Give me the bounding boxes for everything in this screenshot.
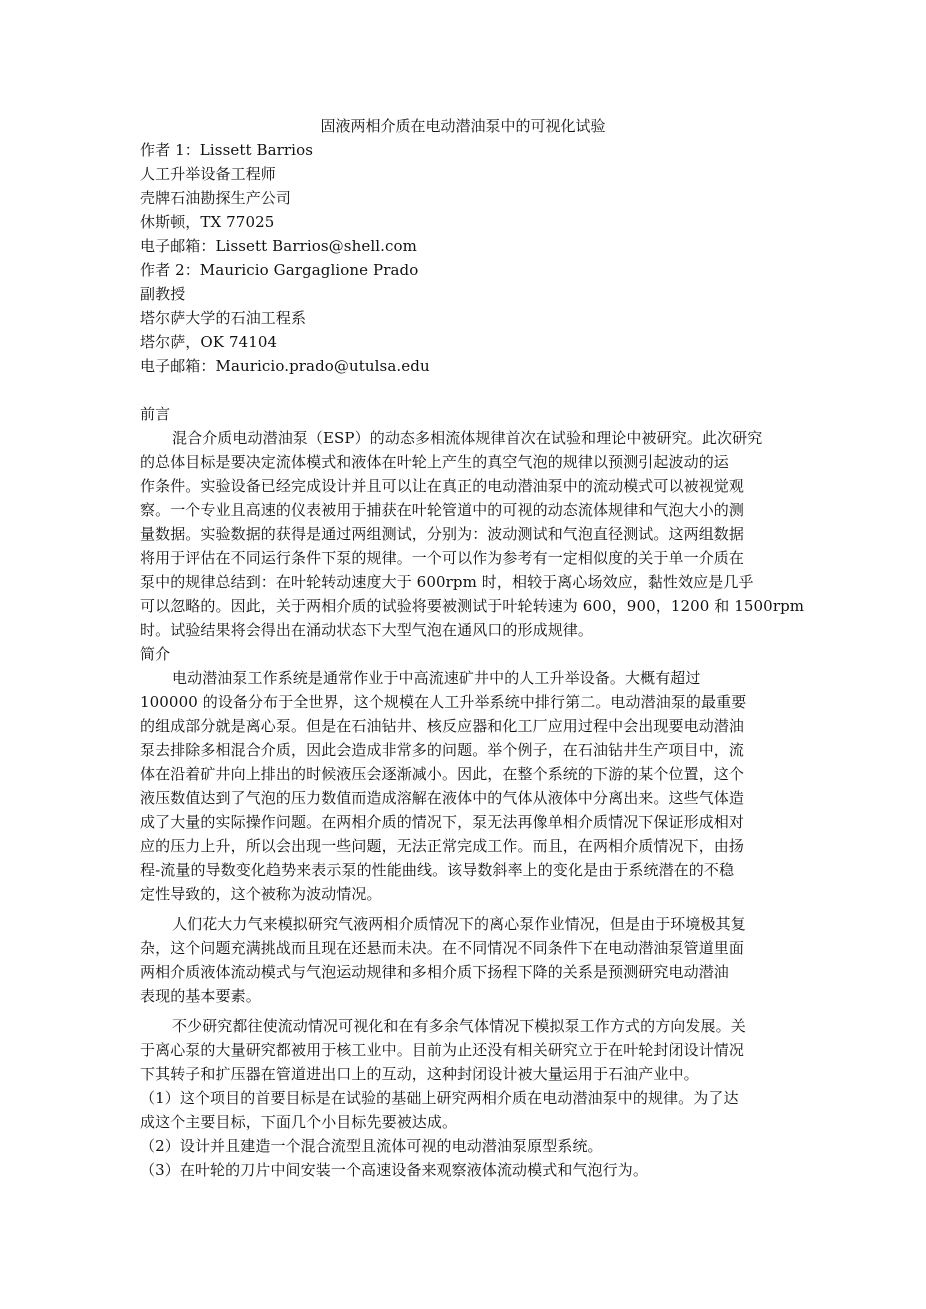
intro-p3-line: 下其转子和扩压器在管道进出口上的互动，这种封闭设计被大量运用于石油产业中。 — [140, 1062, 699, 1086]
author-1-organization: 壳牌石油勘探生产公司 — [140, 186, 291, 210]
introduction-heading: 简介 — [140, 642, 170, 666]
preface-line: 可以忽略的。因此，关于两相介质的试验将要被测试于叶轮转速为 600，900，12… — [140, 594, 804, 618]
author-1-label: 作者 1：Lissett Barrios — [140, 138, 313, 162]
intro-p2-line: 表现的基本要素。 — [140, 984, 261, 1008]
author-2-email: 电子邮箱：Mauricio.prado@utulsa.edu — [140, 354, 430, 378]
author-1-role: 人工升举设备工程师 — [140, 162, 276, 186]
author-1-email: 电子邮箱：Lissett Barrios@shell.com — [140, 234, 417, 258]
preface-heading: 前言 — [140, 402, 170, 426]
objective-item: （1）这个项目的首要目标是在试验的基础上研究两相介质在电动潜油泵中的规律。为了达 — [140, 1086, 739, 1110]
author-2-location: 塔尔萨，OK 74104 — [140, 330, 277, 354]
intro-p2-line: 人们花大力气来模拟研究气液两相介质情况下的离心泵作业情况，但是由于环境极其复 — [172, 912, 746, 936]
intro-p1-line: 体在沿着矿井向上排出的时候液压会逐渐减小。因此，在整个系统的下游的某个位置，这个 — [140, 762, 744, 786]
objective-item-continued: 成这个主要目标，下面几个小目标先要被达成。 — [140, 1110, 457, 1134]
author-2-organization: 塔尔萨大学的石油工程系 — [140, 306, 306, 330]
intro-p1-line: 成了大量的实际操作问题。在两相介质的情况下，泵无法再像单相介质情况下保证形成相对 — [140, 810, 744, 834]
preface-line: 泵中的规律总结到：在叶轮转动速度大于 600rpm 时，相较于离心场效应，黏性效… — [140, 570, 754, 594]
intro-p2-line: 杂，这个问题充满挑战而且现在还悬而未决。在不同情况不同条件下在电动潜油泵管道里面 — [140, 936, 744, 960]
preface-line: 的总体目标是要决定流体模式和液体在叶轮上产生的真空气泡的规律以预测引起波动的运 — [140, 450, 729, 474]
document-title: 固液两相介质在电动潜油泵中的可视化试验 — [0, 114, 926, 138]
preface-line: 察。一个专业且高速的仪表被用于捕获在叶轮管道中的可视的动态流体规律和气泡大小的测 — [140, 498, 744, 522]
intro-p1-line: 程-流量的导数变化趋势来表示泵的性能曲线。该导数斜率上的变化是由于系统潜在的不稳 — [140, 858, 734, 882]
intro-p2-line: 两相介质液体流动模式与气泡运动规律和多相介质下扬程下降的关系是预测研究电动潜油 — [140, 960, 729, 984]
preface-line: 量数据。实验数据的获得是通过两组测试，分别为：波动测试和气泡直径测试。这两组数据 — [140, 522, 744, 546]
intro-p1-line: 100000 的设备分布于全世界，这个规模在人工升举系统中排行第二。电动潜油泵的… — [140, 690, 746, 714]
preface-line: 混合介质电动潜油泵（ESP）的动态多相流体规律首次在试验和理论中被研究。此次研究 — [172, 426, 762, 450]
preface-line: 将用于评估在不同运行条件下泵的规律。一个可以作为参考有一定相似度的关于单一介质在 — [140, 546, 744, 570]
author-1-location: 休斯顿，TX 77025 — [140, 210, 274, 234]
intro-p1-line: 泵去排除多相混合介质，因此会造成非常多的问题。举个例子，在石油钻井生产项目中，流 — [140, 738, 744, 762]
document-page: 固液两相介质在电动潜油泵中的可视化试验 作者 1：Lissett Barrios… — [0, 0, 926, 1309]
intro-p1-line: 液压数值达到了气泡的压力数值而造成溶解在液体中的气体从液体中分离出来。这些气体造 — [140, 786, 744, 810]
intro-p3-line: 于离心泵的大量研究都被用于核工业中。目前为止还没有相关研究立于在叶轮封闭设计情况 — [140, 1038, 744, 1062]
intro-p1-line: 电动潜油泵工作系统是通常作业于中高流速矿井中的人工升举设备。大概有超过 — [172, 666, 701, 690]
author-2-role: 副教授 — [140, 282, 185, 306]
intro-p1-line: 的组成部分就是离心泵。但是在石油钻井、核反应器和化工厂应用过程中会出现要电动潜油 — [140, 714, 744, 738]
preface-line: 时。试验结果将会得出在涌动状态下大型气泡在通风口的形成规律。 — [140, 618, 593, 642]
author-2-label: 作者 2：Mauricio Gargaglione Prado — [140, 258, 418, 282]
preface-line: 作条件。实验设备已经完成设计并且可以让在真正的电动潜油泵中的流动模式可以被视觉观 — [140, 474, 744, 498]
intro-p1-line: 应的压力上升，所以会出现一些问题，无法正常完成工作。而且，在两相介质情况下，由扬 — [140, 834, 744, 858]
objective-item: （2）设计并且建造一个混合流型且流体可视的电动潜油泵原型系统。 — [140, 1134, 603, 1158]
intro-p1-line: 定性导致的，这个被称为波动情况。 — [140, 882, 382, 906]
objective-item: （3）在叶轮的刀片中间安装一个高速设备来观察液体流动模式和气泡行为。 — [140, 1158, 648, 1182]
intro-p3-line: 不少研究都往使流动情况可视化和在有多余气体情况下模拟泵工作方式的方向发展。关 — [172, 1014, 746, 1038]
